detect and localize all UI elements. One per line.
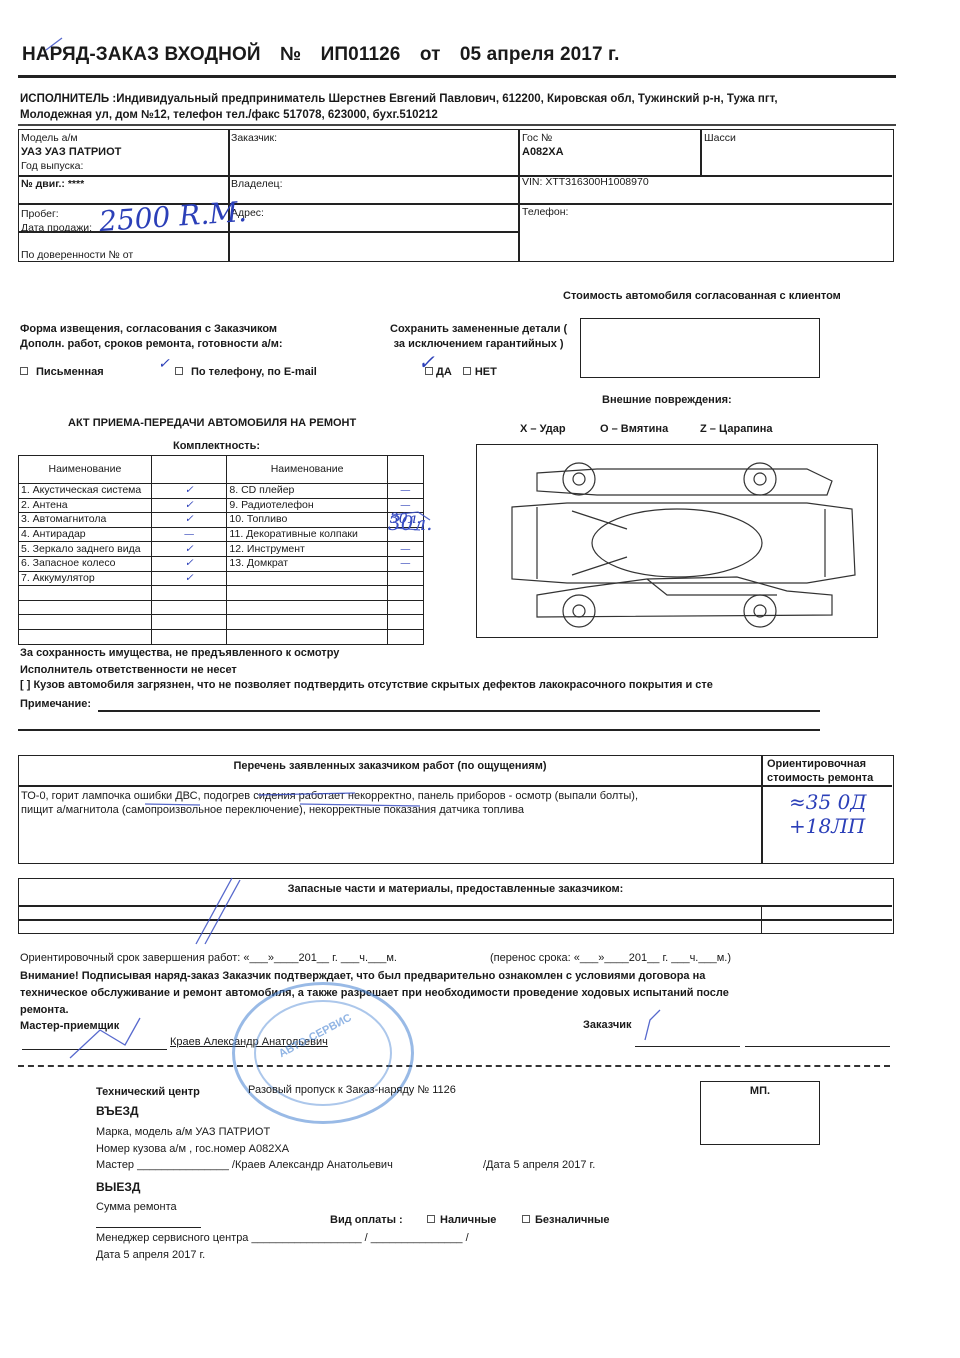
checkbox-no[interactable] bbox=[463, 367, 471, 375]
sale-date-label: Дата продажи: bbox=[21, 221, 92, 235]
pass-model: Марка, модель а/м УАЗ ПАТРИОТ bbox=[96, 1126, 270, 1138]
document-title: НАРЯД-ЗАКАЗ ВХОДНОЙ № ИП01126 от 05 апре… bbox=[22, 44, 634, 66]
legend-scratch: Z – Царапина bbox=[700, 423, 773, 435]
vin-label: VIN: XTT316300H1008970 bbox=[522, 176, 649, 188]
yes-label: ДА bbox=[436, 366, 452, 378]
form-label-line-1: Форма извещения, согласования с Заказчик… bbox=[20, 322, 283, 337]
plate-label: Гос № bbox=[522, 132, 552, 144]
owner-cell: Владелец: bbox=[231, 178, 283, 190]
car-damage-diagram[interactable] bbox=[476, 444, 878, 638]
cashless-label: Безналичные bbox=[535, 1214, 610, 1226]
executor-line-1: ИСПОЛНИТЕЛЬ :Индивидуальный предпринимат… bbox=[20, 91, 890, 107]
cost-handwritten-1: ≈35 0Д bbox=[789, 790, 867, 814]
table-row bbox=[19, 586, 424, 601]
notification-form-label: Форма извещения, согласования с Заказчик… bbox=[20, 322, 283, 352]
attention-line-3: ремонта. bbox=[20, 1002, 890, 1019]
proxy-label: По доверенности № от bbox=[21, 249, 133, 261]
cut-line bbox=[18, 1065, 890, 1067]
repair-sum-label: Сумма ремонта bbox=[96, 1201, 177, 1213]
pass-master: Мастер _______________ /Краев Александр … bbox=[96, 1159, 393, 1171]
disclaimer-line-2: Исполнитель ответственности не несет bbox=[20, 664, 237, 676]
customer-signature-label: Заказчик bbox=[583, 1019, 631, 1031]
manager-signature: Менеджер сервисного центра _____________… bbox=[96, 1232, 469, 1244]
table-row: 5. Зеркало заднего вида✓12. Инструмент— bbox=[19, 542, 424, 557]
legend-dent: O – Вмятина bbox=[600, 423, 668, 435]
model-label: Модель а/м bbox=[21, 132, 78, 144]
no-label: НЕТ bbox=[475, 366, 497, 378]
parts-header: Запасные части и материалы, предоставлен… bbox=[19, 883, 892, 895]
title-divider bbox=[18, 75, 896, 78]
option-written[interactable]: Письменная bbox=[20, 366, 104, 378]
customer-label: Заказчик: bbox=[231, 132, 277, 144]
cost-header-line-1: Ориентировочная bbox=[767, 757, 873, 771]
table-row bbox=[19, 629, 424, 644]
master-label: Мастер-приемщик bbox=[20, 1020, 119, 1032]
option-phone[interactable]: По телефону, по E-mail bbox=[175, 366, 317, 378]
dirty-body-checkbox[interactable]: [ ] Кузов автомобиля загрязнен, что не п… bbox=[20, 679, 713, 691]
payment-label: Вид оплаты : bbox=[330, 1214, 403, 1226]
form-label-line-2: Дополн. работ, сроков ремонта, готовност… bbox=[20, 337, 283, 352]
executor-divider bbox=[18, 124, 896, 126]
executor-block: ИСПОЛНИТЕЛЬ :Индивидуальный предпринимат… bbox=[20, 91, 890, 123]
cash-label: Наличные bbox=[440, 1214, 496, 1226]
vehicle-info-grid: Модель а/м УАЗ УАЗ ПАТРИОТ Год выпуска: … bbox=[18, 129, 894, 262]
table-row: 1. Акустическая система✓8. CD плейер— bbox=[19, 484, 424, 499]
table-row: 4. Антирадар—11. Декоративные колпаки bbox=[19, 527, 424, 542]
customer-name-line[interactable] bbox=[745, 1046, 890, 1047]
external-damage-label: Внешние повреждения: bbox=[602, 394, 732, 406]
works-header: Перечень заявленных заказчиком работ (по… bbox=[19, 760, 761, 772]
checkbox-written[interactable] bbox=[20, 367, 28, 375]
works-table: Перечень заявленных заказчиком работ (по… bbox=[18, 755, 894, 864]
checkbox-cashless[interactable] bbox=[522, 1215, 530, 1223]
seal-box: МП. bbox=[700, 1081, 820, 1145]
engine-label: № двиг.: **** bbox=[21, 178, 84, 190]
pass-center: Технический центр bbox=[96, 1086, 200, 1098]
completeness-header-row: Наименование Наименование bbox=[19, 456, 424, 484]
keep-parts-options: ДА НЕТ bbox=[425, 366, 497, 378]
year-label: Год выпуска: bbox=[21, 160, 226, 172]
chassis-label: Шасси bbox=[704, 132, 736, 144]
col-name-left: Наименование bbox=[19, 456, 152, 484]
number-sign: № bbox=[280, 44, 301, 65]
model-value: УАЗ УАЗ ПАТРИОТ bbox=[21, 146, 226, 158]
keep-parts-label: Сохранить замененные детали ( за исключе… bbox=[390, 322, 567, 352]
acceptance-title: АКТ ПРИЕМА-ПЕРЕДАЧИ АВТОМОБИЛЯ НА РЕМОНТ bbox=[68, 417, 356, 429]
cost-handwritten: ≈35 0Д +18ЛП bbox=[789, 790, 867, 838]
parts-table: Запасные части и материалы, предоставлен… bbox=[18, 878, 894, 934]
attention-text: Внимание! Подписывая наряд-заказ Заказчи… bbox=[20, 968, 890, 1019]
doc-type: НАРЯД-ЗАКАЗ ВХОДНОЙ bbox=[22, 44, 261, 65]
attention-line-2: техническое обслуживание и ремонт автомо… bbox=[20, 985, 890, 1002]
pass-exit: ВЫЕЗД bbox=[96, 1180, 140, 1194]
cost-handwritten-2: +18ЛП bbox=[789, 814, 867, 838]
col-name-right: Наименование bbox=[227, 456, 387, 484]
checkmark-yes-icon: ✓ bbox=[418, 350, 435, 374]
table-row: 3. Автомагнитола✓10. Топливо30л. bbox=[19, 513, 424, 528]
chassis-cell: Шасси bbox=[704, 132, 736, 144]
owner-label: Владелец: bbox=[231, 178, 283, 190]
pass-body-plate: Номер кузова а/м , гос.номер А082ХА bbox=[96, 1143, 289, 1155]
checkmark-icon: ✓ bbox=[158, 356, 170, 372]
proxy-cell: По доверенности № от bbox=[21, 249, 133, 261]
option-phone-label: По телефону, по E-mail bbox=[191, 366, 317, 378]
completeness-table: Наименование Наименование 1. Акустическа… bbox=[18, 455, 424, 645]
table-row bbox=[19, 615, 424, 630]
plate-cell: Гос № А082ХА bbox=[522, 132, 564, 158]
keep-parts-line-2: за исключением гарантийных ) bbox=[390, 337, 567, 352]
mileage-cell: Пробег: Дата продажи: bbox=[21, 207, 92, 235]
exit-date: Дата 5 апреля 2017 г. bbox=[96, 1249, 205, 1261]
note-line-1[interactable] bbox=[98, 710, 820, 712]
customer-cell: Заказчик: bbox=[231, 132, 277, 144]
payment-cashless[interactable]: Безналичные bbox=[522, 1214, 610, 1226]
order-date: 05 апреля 2017 г. bbox=[460, 44, 620, 65]
engine-cell: № двиг.: **** bbox=[21, 178, 84, 190]
table-row bbox=[19, 600, 424, 615]
master-signature-line[interactable] bbox=[22, 1049, 167, 1050]
pass-date: /Дата 5 апреля 2017 г. bbox=[483, 1159, 595, 1171]
repair-sum-line[interactable] bbox=[96, 1227, 201, 1228]
works-description-line-2: пищит а/магнитола (самопроизвольное пере… bbox=[21, 803, 638, 817]
plate-value: А082ХА bbox=[522, 146, 564, 158]
pass-title: Разовый пропуск к Заказ-наряду № 1126 bbox=[248, 1084, 456, 1096]
works-description-line-1: ТО-0, горит лампочка ошибки ДВС, подогре… bbox=[21, 789, 638, 803]
deadline-text: Ориентировочный срок завершения работ: «… bbox=[20, 952, 397, 964]
vin-cell: VIN: XTT316300H1008970 bbox=[522, 176, 649, 188]
cost-agreed-label: Стоимость автомобиля согласованная с кли… bbox=[563, 290, 841, 302]
cost-header-line-2: стоимость ремонта bbox=[767, 771, 873, 785]
order-number: ИП01126 bbox=[321, 44, 401, 65]
reschedule-text: (перенос срока: «___»____201__ г. ___ч._… bbox=[490, 952, 731, 964]
note-label: Примечание: bbox=[20, 698, 91, 710]
table-row: 2. Антена✓9. Радиотелефон— bbox=[19, 498, 424, 513]
completeness-label: Комплектность: bbox=[173, 440, 260, 452]
mileage-label: Пробег: bbox=[21, 207, 92, 221]
attention-line-1: Внимание! Подписывая наряд-заказ Заказчи… bbox=[20, 968, 890, 985]
payment-cash[interactable]: Наличные bbox=[427, 1214, 496, 1226]
executor-line-2: Молодежная ул, дом №12, телефон тел./фак… bbox=[20, 107, 890, 123]
legend-hit: X – Удар bbox=[520, 423, 566, 435]
phone-label: Телефон: bbox=[522, 206, 568, 218]
checkbox-phone[interactable] bbox=[175, 367, 183, 375]
table-row: 6. Запасное колесо✓13. Домкрат— bbox=[19, 556, 424, 571]
car-outline-icon bbox=[477, 445, 877, 637]
disclaimer-line-1: За сохранность имущества, не предъявленн… bbox=[20, 647, 339, 659]
cost-header: Ориентировочная стоимость ремонта bbox=[767, 757, 873, 785]
keep-parts-line-1: Сохранить замененные детали ( bbox=[390, 322, 567, 337]
note-line-2[interactable] bbox=[18, 729, 820, 731]
works-description: ТО-0, горит лампочка ошибки ДВС, подогре… bbox=[21, 789, 638, 817]
phone-cell: Телефон: bbox=[522, 206, 568, 218]
model-cell: Модель а/м УАЗ УАЗ ПАТРИОТ Год выпуска: bbox=[21, 132, 226, 172]
from-label: от bbox=[420, 44, 441, 65]
customer-signature-line[interactable] bbox=[635, 1046, 740, 1047]
option-written-label: Письменная bbox=[36, 366, 104, 378]
table-row: 7. Аккумулятор✓ bbox=[19, 571, 424, 586]
agreed-cost-box[interactable] bbox=[580, 318, 820, 378]
checkbox-cash[interactable] bbox=[427, 1215, 435, 1223]
pass-entry: ВЪЕЗД bbox=[96, 1104, 139, 1118]
